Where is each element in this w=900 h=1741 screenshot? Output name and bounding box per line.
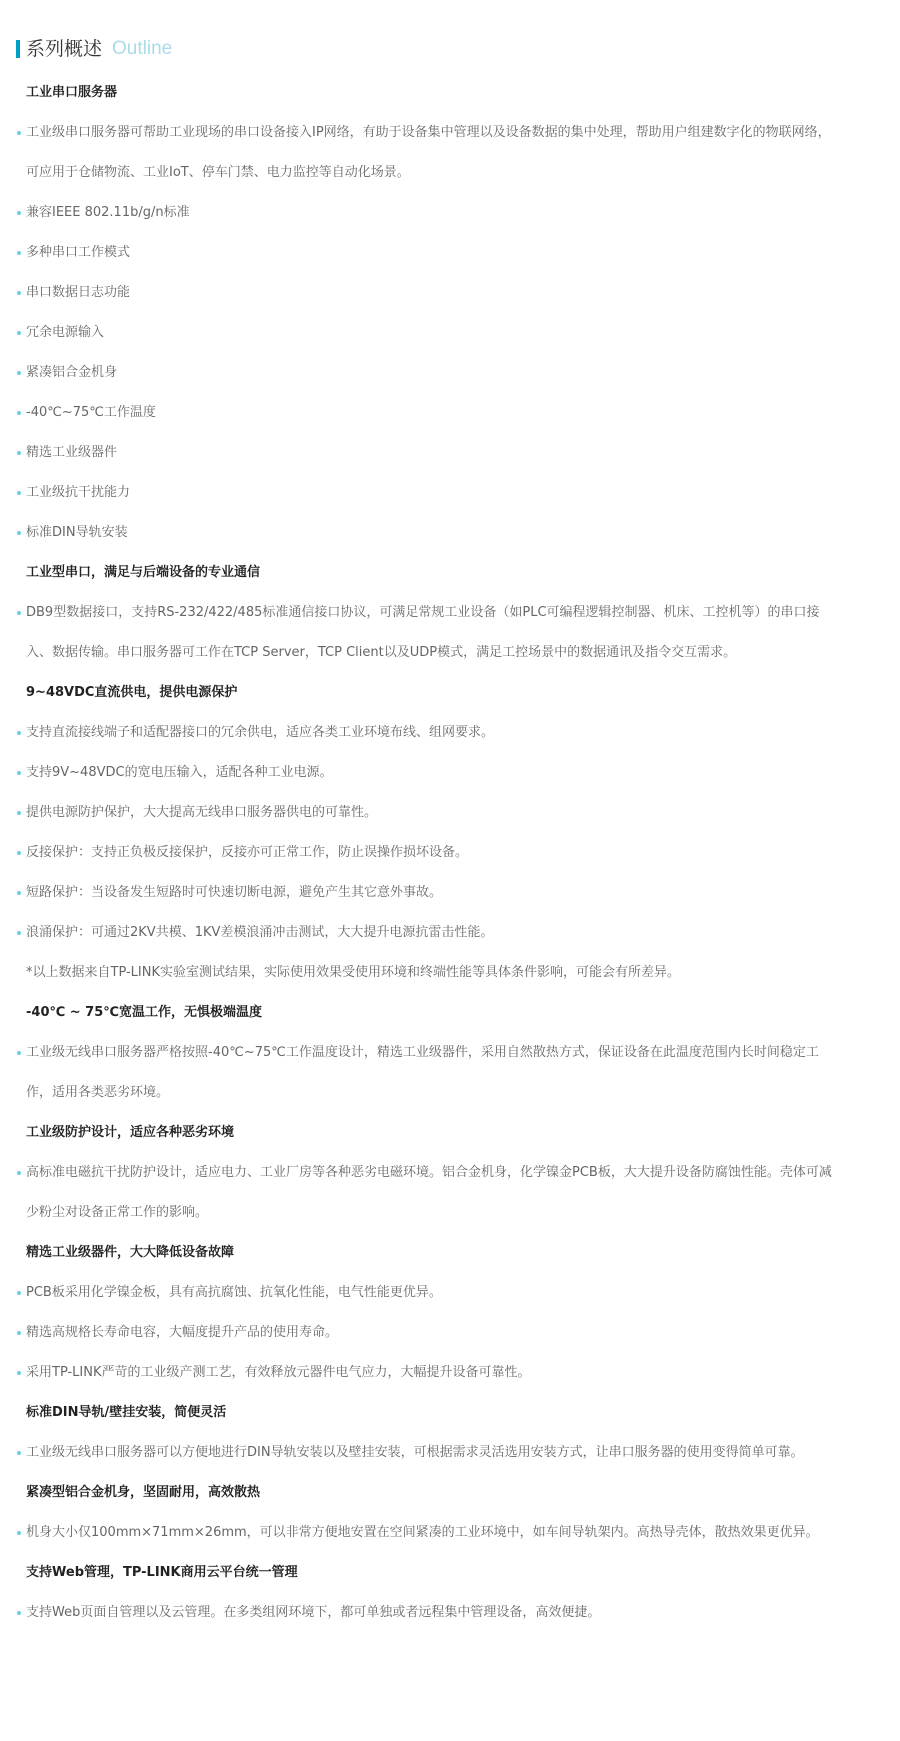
list-item-text: PCB板采用化学镍金板，具有高抗腐蚀、抗氧化性能，电气性能更优异。 bbox=[26, 1285, 442, 1300]
list-item: 紧凑铝合金机身 bbox=[0, 353, 900, 393]
list-item-text: 机身大小仅100mm×71mm×26mm，可以非常方便地安置在空间紧凑的工业环境… bbox=[26, 1525, 819, 1540]
section-heading: 9~48VDC直流供电，提供电源保护 bbox=[0, 673, 900, 713]
section-heading: 标准DIN导轨/壁挂安装，简便灵活 bbox=[0, 1393, 900, 1433]
list-item-text: 标准DIN导轨安装 bbox=[26, 525, 128, 540]
list-item: 高标准电磁抗干扰防护设计，适应电力、工业厂房等各种恶劣电磁环境。铝合金机身，化学… bbox=[0, 1153, 880, 1233]
bullet-icon bbox=[17, 1051, 21, 1055]
list-item-text: 短路保护：当设备发生短路时可快速切断电源，避免产生其它意外事故。 bbox=[26, 885, 442, 900]
section-heading: -40℃ ~ 75℃宽温工作，无惧极端温度 bbox=[0, 993, 900, 1033]
list-item-text: 支持9V~48VDC的宽电压输入，适配各种工业电源。 bbox=[26, 765, 333, 780]
list-item-text: 高标准电磁抗干扰防护设计，适应电力、工业厂房等各种恶劣电磁环境。铝合金机身，化学… bbox=[26, 1165, 832, 1220]
section-heading: 工业级防护设计，适应各种恶劣环境 bbox=[0, 1113, 900, 1153]
bullet-icon bbox=[17, 1371, 21, 1375]
list-item: 提供电源防护保护，大大提高无线串口服务器供电的可靠性。 bbox=[0, 793, 900, 833]
section-heading: 工业串口服务器 bbox=[0, 73, 900, 113]
bullet-icon bbox=[17, 1331, 21, 1335]
section-subtitle: Outline bbox=[112, 36, 172, 62]
list-item-text: 反接保护：支持正负极反接保护，反接亦可正常工作，防止误操作损坏设备。 bbox=[26, 845, 468, 860]
bullet-icon bbox=[17, 131, 21, 135]
section-header: 系列概述 Outline bbox=[16, 36, 172, 62]
list-item: 兼容IEEE 802.11b/g/n标准 bbox=[0, 193, 900, 233]
bullet-icon bbox=[17, 531, 21, 535]
bullet-icon bbox=[17, 931, 21, 935]
list-item: DB9型数据接口，支持RS-232/422/485标准通信接口协议，可满足常规工… bbox=[0, 593, 880, 673]
list-item-text: 多种串口工作模式 bbox=[26, 245, 130, 260]
list-item: 标准DIN导轨安装 bbox=[0, 513, 900, 553]
list-item: 短路保护：当设备发生短路时可快速切断电源，避免产生其它意外事故。 bbox=[0, 873, 900, 913]
bullet-icon bbox=[17, 1171, 21, 1175]
bullet-icon bbox=[17, 371, 21, 375]
list-item: 工业级无线串口服务器可以方便地进行DIN导轨安装以及壁挂安装，可根据需求灵活选用… bbox=[0, 1433, 880, 1473]
bullet-icon bbox=[17, 211, 21, 215]
list-item-text: 浪涌保护：可通过2KV共模、1KV差模浪涌冲击测试，大大提升电源抗雷击性能。 bbox=[26, 925, 493, 940]
list-item-text: 兼容IEEE 802.11b/g/n标准 bbox=[26, 205, 190, 220]
bullet-icon bbox=[17, 251, 21, 255]
list-item-text: DB9型数据接口，支持RS-232/422/485标准通信接口协议，可满足常规工… bbox=[26, 605, 820, 660]
list-item-text: 紧凑铝合金机身 bbox=[26, 365, 117, 380]
list-item: -40℃~75℃工作温度 bbox=[0, 393, 900, 433]
list-item: 串口数据日志功能 bbox=[0, 273, 900, 313]
list-item-text: 工业级无线串口服务器可以方便地进行DIN导轨安装以及壁挂安装，可根据需求灵活选用… bbox=[26, 1445, 804, 1460]
list-item: 工业级无线串口服务器严格按照-40℃~75℃工作温度设计，精选工业级器件，采用自… bbox=[0, 1033, 880, 1113]
list-item-text: 工业级无线串口服务器严格按照-40℃~75℃工作温度设计，精选工业级器件，采用自… bbox=[26, 1045, 819, 1100]
bullet-icon bbox=[17, 411, 21, 415]
bullet-icon bbox=[17, 811, 21, 815]
list-item-text: 采用TP-LINK严苛的工业级产测工艺，有效释放元器件电气应力，大幅提升设备可靠… bbox=[26, 1365, 531, 1380]
bullet-icon bbox=[17, 891, 21, 895]
list-item-text: -40℃~75℃工作温度 bbox=[26, 405, 156, 420]
list-item: 冗余电源输入 bbox=[0, 313, 900, 353]
list-item-text: 冗余电源输入 bbox=[26, 325, 104, 340]
section-heading: 支持Web管理，TP-LINK商用云平台统一管理 bbox=[0, 1553, 900, 1593]
bullet-icon bbox=[17, 851, 21, 855]
bullet-icon bbox=[17, 771, 21, 775]
section-heading: 紧凑型铝合金机身，坚固耐用，高效散热 bbox=[0, 1473, 900, 1513]
list-item: 精选高规格长寿命电容，大幅度提升产品的使用寿命。 bbox=[0, 1313, 900, 1353]
list-item-text: 工业级串口服务器可帮助工业现场的串口设备接入IP网络，有助于设备集中管理以及设备… bbox=[26, 125, 831, 180]
list-item: 支持Web页面自管理以及云管理。在多类组网环境下，都可单独或者远程集中管理设备，… bbox=[0, 1593, 900, 1633]
list-item: 支持9V~48VDC的宽电压输入，适配各种工业电源。 bbox=[0, 753, 900, 793]
bullet-icon bbox=[17, 1451, 21, 1455]
bullet-icon bbox=[17, 491, 21, 495]
list-item-text: 提供电源防护保护，大大提高无线串口服务器供电的可靠性。 bbox=[26, 805, 377, 820]
list-item-text: 工业级抗干扰能力 bbox=[26, 485, 130, 500]
list-item: 反接保护：支持正负极反接保护，反接亦可正常工作，防止误操作损坏设备。 bbox=[0, 833, 900, 873]
list-item-text: 串口数据日志功能 bbox=[26, 285, 130, 300]
bullet-icon bbox=[17, 1291, 21, 1295]
list-item: 浪涌保护：可通过2KV共模、1KV差模浪涌冲击测试，大大提升电源抗雷击性能。 bbox=[0, 913, 900, 953]
list-item-text: 支持Web页面自管理以及云管理。在多类组网环境下，都可单独或者远程集中管理设备，… bbox=[26, 1605, 600, 1620]
section-heading: 工业型串口，满足与后端设备的专业通信 bbox=[0, 553, 900, 593]
disclaimer-note: *以上数据来自TP-LINK实验室测试结果，实际使用效果受使用环境和终端性能等具… bbox=[0, 953, 900, 993]
list-item: 工业级抗干扰能力 bbox=[0, 473, 900, 513]
list-item: 机身大小仅100mm×71mm×26mm，可以非常方便地安置在空间紧凑的工业环境… bbox=[0, 1513, 880, 1553]
bullet-icon bbox=[17, 291, 21, 295]
list-item: 采用TP-LINK严苛的工业级产测工艺，有效释放元器件电气应力，大幅提升设备可靠… bbox=[0, 1353, 900, 1393]
accent-bar bbox=[16, 40, 20, 58]
bullet-icon bbox=[17, 451, 21, 455]
outline-content: 工业串口服务器 工业级串口服务器可帮助工业现场的串口设备接入IP网络，有助于设备… bbox=[0, 73, 900, 1633]
bullet-icon bbox=[17, 731, 21, 735]
list-item: 工业级串口服务器可帮助工业现场的串口设备接入IP网络，有助于设备集中管理以及设备… bbox=[0, 113, 880, 193]
list-item: 多种串口工作模式 bbox=[0, 233, 900, 273]
bullet-icon bbox=[17, 331, 21, 335]
list-item-text: 支持直流接线端子和适配器接口的冗余供电，适应各类工业环境布线、组网要求。 bbox=[26, 725, 494, 740]
section-title: 系列概述 bbox=[26, 36, 102, 62]
bullet-icon bbox=[17, 611, 21, 615]
list-item: 精选工业级器件 bbox=[0, 433, 900, 473]
section-heading: 精选工业级器件，大大降低设备故障 bbox=[0, 1233, 900, 1273]
list-item-text: 精选工业级器件 bbox=[26, 445, 117, 460]
list-item-text: 精选高规格长寿命电容，大幅度提升产品的使用寿命。 bbox=[26, 1325, 338, 1340]
list-item: 支持直流接线端子和适配器接口的冗余供电，适应各类工业环境布线、组网要求。 bbox=[0, 713, 900, 753]
bullet-icon bbox=[17, 1611, 21, 1615]
list-item: PCB板采用化学镍金板，具有高抗腐蚀、抗氧化性能，电气性能更优异。 bbox=[0, 1273, 900, 1313]
bullet-icon bbox=[17, 1531, 21, 1535]
